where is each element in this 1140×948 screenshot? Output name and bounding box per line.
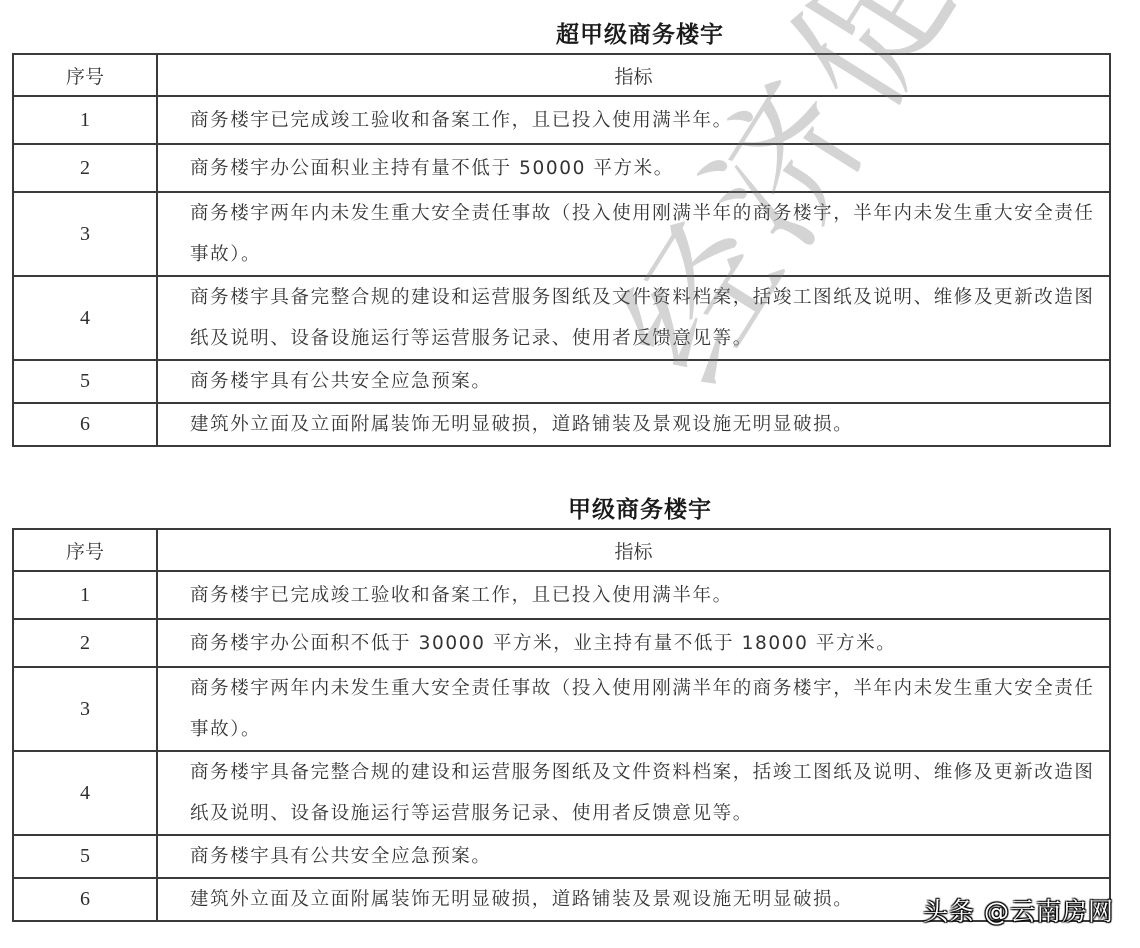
- row-indicator: 商务楼宇办公面积不低于 30000 平方米，业主持有量不低于 18000 平方米…: [157, 619, 1110, 667]
- table-row: 5 商务楼宇具有公共安全应急预案。: [13, 360, 1110, 403]
- row-indicator: 商务楼宇两年内未发生重大安全责任事故（投入使用刚满半年的商务楼宇，半年内未发生重…: [157, 192, 1110, 276]
- row-number: 3: [13, 192, 157, 276]
- table-row: 1 商务楼宇已完成竣工验收和备案工作，且已投入使用满半年。: [13, 96, 1110, 144]
- table-row: 1 商务楼宇已完成竣工验收和备案工作，且已投入使用满半年。: [13, 571, 1110, 619]
- row-indicator: 商务楼宇已完成竣工验收和备案工作，且已投入使用满半年。: [157, 571, 1110, 619]
- row-indicator: 商务楼宇具有公共安全应急预案。: [157, 835, 1110, 878]
- column-header-indicator: 指标: [157, 529, 1110, 571]
- table-row: 6 建筑外立面及立面附属装饰无明显破损，道路铺装及景观设施无明显破损。: [13, 403, 1110, 446]
- row-indicator: 建筑外立面及立面附属装饰无明显破损，道路铺装及景观设施无明显破损。: [157, 403, 1110, 446]
- row-indicator: 商务楼宇两年内未发生重大安全责任事故（投入使用刚满半年的商务楼宇，半年内未发生重…: [157, 667, 1110, 751]
- row-number: 4: [13, 276, 157, 360]
- table-row: 4 商务楼宇具备完整合规的建设和运营服务图纸及文件资料档案，括竣工图纸及说明、维…: [13, 276, 1110, 360]
- row-indicator: 商务楼宇具有公共安全应急预案。: [157, 360, 1110, 403]
- row-number: 1: [13, 96, 157, 144]
- row-number: 6: [13, 403, 157, 446]
- super-grade-a-table: 序号 指标 1 商务楼宇已完成竣工验收和备案工作，且已投入使用满半年。 2 商务…: [12, 53, 1111, 447]
- row-number: 3: [13, 667, 157, 751]
- row-number: 5: [13, 835, 157, 878]
- table-header-row: 序号 指标: [13, 54, 1110, 96]
- row-number: 1: [13, 571, 157, 619]
- grade-a-table: 序号 指标 1 商务楼宇已完成竣工验收和备案工作，且已投入使用满半年。 2 商务…: [12, 528, 1111, 922]
- row-indicator: 商务楼宇具备完整合规的建设和运营服务图纸及文件资料档案，括竣工图纸及说明、维修及…: [157, 751, 1110, 835]
- table-row: 3 商务楼宇两年内未发生重大安全责任事故（投入使用刚满半年的商务楼宇，半年内未发…: [13, 667, 1110, 751]
- column-header-no: 序号: [13, 529, 157, 571]
- row-number: 2: [13, 619, 157, 667]
- row-number: 2: [13, 144, 157, 192]
- row-indicator: 商务楼宇具备完整合规的建设和运营服务图纸及文件资料档案，括竣工图纸及说明、维修及…: [157, 276, 1110, 360]
- row-indicator: 商务楼宇已完成竣工验收和备案工作，且已投入使用满半年。: [157, 96, 1110, 144]
- section-title-super-grade-a: 超甲级商务楼宇: [0, 16, 1140, 49]
- table-row: 4 商务楼宇具备完整合规的建设和运营服务图纸及文件资料档案，括竣工图纸及说明、维…: [13, 751, 1110, 835]
- table-header-row: 序号 指标: [13, 529, 1110, 571]
- section-title-grade-a: 甲级商务楼宇: [0, 491, 1140, 524]
- row-number: 4: [13, 751, 157, 835]
- row-number: 5: [13, 360, 157, 403]
- column-header-indicator: 指标: [157, 54, 1110, 96]
- column-header-no: 序号: [13, 54, 157, 96]
- table-row: 3 商务楼宇两年内未发生重大安全责任事故（投入使用刚满半年的商务楼宇，半年内未发…: [13, 192, 1110, 276]
- table-row: 2 商务楼宇办公面积不低于 30000 平方米，业主持有量不低于 18000 平…: [13, 619, 1110, 667]
- row-number: 6: [13, 878, 157, 921]
- source-attribution: 头条 @云南房网: [923, 892, 1114, 928]
- table-row: 2 商务楼宇办公面积业主持有量不低于 50000 平方米。: [13, 144, 1110, 192]
- table-row: 5 商务楼宇具有公共安全应急预案。: [13, 835, 1110, 878]
- row-indicator: 商务楼宇办公面积业主持有量不低于 50000 平方米。: [157, 144, 1110, 192]
